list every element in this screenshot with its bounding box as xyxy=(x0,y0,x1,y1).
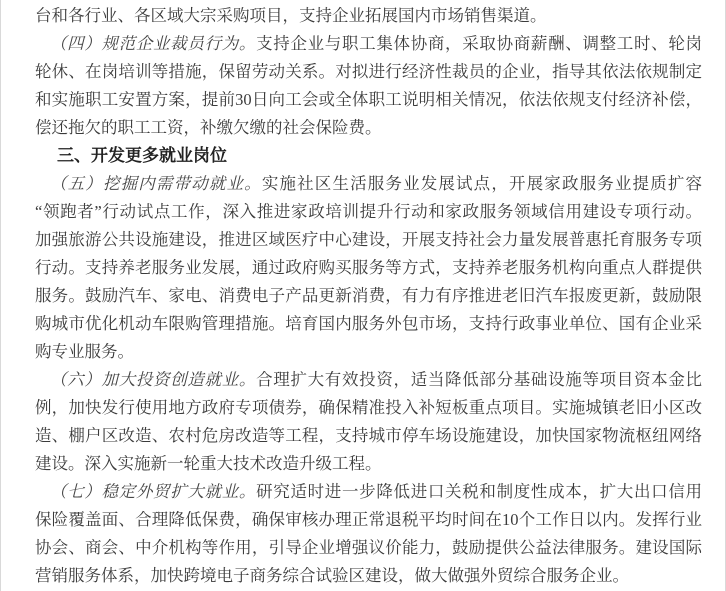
document-line: 例，加快发行使用地方政府专项债券，确保精准投入补短板重点项目。实施城镇老旧小区改 xyxy=(35,394,702,422)
document-line: 购城市优化机动车限购管理措施。培育国内服务外包市场，支持行政事业单位、国有企业采 xyxy=(35,310,702,338)
document-content: 台和各行业、各区域大宗采购项目，支持企业拓展国内市场销售渠道。（四）规范企业裁员… xyxy=(35,2,702,590)
body-text: 研究适时进一步降低进口关税和制度性成本，扩大出口信用 xyxy=(256,482,702,501)
document-line: （七）稳定外贸扩大就业。研究适时进一步降低进口关税和制度性成本，扩大出口信用 xyxy=(35,478,702,506)
clause-lead-text: （六）加大投资创造就业。 xyxy=(50,370,256,389)
body-text: 偿还拖欠的职工工资，补缴欠缴的社会保险费。 xyxy=(35,118,382,137)
body-text: 轮休、在岗培训等措施，保留劳动关系。对拟进行经济性裁员的企业，指导其依法依规制定 xyxy=(35,62,702,81)
clause-lead-text: （七）稳定外贸扩大就业。 xyxy=(50,482,256,501)
document-line: “领跑者”行动试点工作，深入推进家政培训提升行动和家政服务领域信用建设专项行动。 xyxy=(35,198,702,226)
document-line: 建设。深入实施新一轮重大技术改造升级工程。 xyxy=(35,450,702,478)
body-text: 造、棚户区改造、农村危房改造等工程，支持城市停车场设施建设，加快国家物流枢纽网络 xyxy=(35,426,702,445)
document-line: 保险覆盖面、合理降低保费，确保审核办理正常退税平均时间在10个工作日以内。发挥行… xyxy=(35,506,702,534)
clause-lead-text: （五）挖掘内需带动就业。 xyxy=(50,174,262,193)
body-text: 和实施职工安置方案，提前30日向工会或全体职工说明相关情况，依法依规支付经济补偿… xyxy=(35,90,702,109)
document-line: （五）挖掘内需带动就业。实施社区生活服务业发展试点，开展家政服务业提质扩容 xyxy=(35,170,702,198)
body-text: 台和各行业、各区域大宗采购项目，支持企业拓展国内市场销售渠道。 xyxy=(35,6,547,25)
body-text: 支持企业与职工集体协商，采取协商薪酬、调整工时、轮岗 xyxy=(256,34,702,53)
body-text: 购专业服务。 xyxy=(35,342,134,361)
clause-lead-text: （四）规范企业裁员行为。 xyxy=(50,34,256,53)
body-text: 营销服务体系，加快跨境电子商务综合试验区建设，做大做强外贸综合服务企业。 xyxy=(35,566,629,585)
body-text: 实施社区生活服务业发展试点，开展家政服务业提质扩容 xyxy=(262,174,702,193)
section-heading: 三、开发更多就业岗位 xyxy=(35,142,702,170)
document-line: 偿还拖欠的职工工资，补缴欠缴的社会保险费。 xyxy=(35,114,702,142)
body-text: 建设。深入实施新一轮重大技术改造升级工程。 xyxy=(35,454,382,473)
document-line: （六）加大投资创造就业。合理扩大有效投资，适当降低部分基础设施等项目资本金比 xyxy=(35,366,702,394)
document-line: （四）规范企业裁员行为。支持企业与职工集体协商，采取协商薪酬、调整工时、轮岗 xyxy=(35,30,702,58)
body-text: 加强旅游公共设施建设，推进区域医疗中心建设，开展支持社会力量发展普惠托育服务专项 xyxy=(35,230,702,249)
document-line: 营销服务体系，加快跨境电子商务综合试验区建设，做大做强外贸综合服务企业。 xyxy=(35,562,702,590)
document-line: 行动。支持养老服务业发展，通过政府购买服务等方式，支持养老服务机构向重点人群提供 xyxy=(35,254,702,282)
document-page: 台和各行业、各区域大宗采购项目，支持企业拓展国内市场销售渠道。（四）规范企业裁员… xyxy=(0,0,726,591)
document-line: 和实施职工安置方案，提前30日向工会或全体职工说明相关情况，依法依规支付经济补偿… xyxy=(35,86,702,114)
body-text: 协会、商会、中介机构等作用，引导企业增强议价能力，鼓励提供公益法律服务。建设国际 xyxy=(35,538,702,557)
body-text: 购城市优化机动车限购管理措施。培育国内服务外包市场，支持行政事业单位、国有企业采 xyxy=(35,314,702,333)
heading-text: 三、开发更多就业岗位 xyxy=(57,146,227,165)
document-line: 协会、商会、中介机构等作用，引导企业增强议价能力，鼓励提供公益法律服务。建设国际 xyxy=(35,534,702,562)
document-line: 台和各行业、各区域大宗采购项目，支持企业拓展国内市场销售渠道。 xyxy=(35,2,702,30)
body-text: “领跑者”行动试点工作，深入推进家政培训提升行动和家政服务领域信用建设专项行动。 xyxy=(35,202,702,221)
body-text: 保险覆盖面、合理降低保费，确保审核办理正常退税平均时间在10个工作日以内。发挥行… xyxy=(35,510,702,529)
body-text: 合理扩大有效投资，适当降低部分基础设施等项目资本金比 xyxy=(256,370,702,389)
body-text: 行动。支持养老服务业发展，通过政府购买服务等方式，支持养老服务机构向重点人群提供 xyxy=(35,258,702,277)
document-line: 造、棚户区改造、农村危房改造等工程，支持城市停车场设施建设，加快国家物流枢纽网络 xyxy=(35,422,702,450)
document-line: 购专业服务。 xyxy=(35,338,702,366)
document-line: 轮休、在岗培训等措施，保留劳动关系。对拟进行经济性裁员的企业，指导其依法依规制定 xyxy=(35,58,702,86)
body-text: 例，加快发行使用地方政府专项债券，确保精准投入补短板重点项目。实施城镇老旧小区改 xyxy=(35,398,702,417)
body-text: 服务。鼓励汽车、家电、消费电子产品更新消费，有力有序推进老旧汽车报废更新，鼓励限 xyxy=(35,286,702,305)
document-line: 服务。鼓励汽车、家电、消费电子产品更新消费，有力有序推进老旧汽车报废更新，鼓励限 xyxy=(35,282,702,310)
document-line: 加强旅游公共设施建设，推进区域医疗中心建设，开展支持社会力量发展普惠托育服务专项 xyxy=(35,226,702,254)
